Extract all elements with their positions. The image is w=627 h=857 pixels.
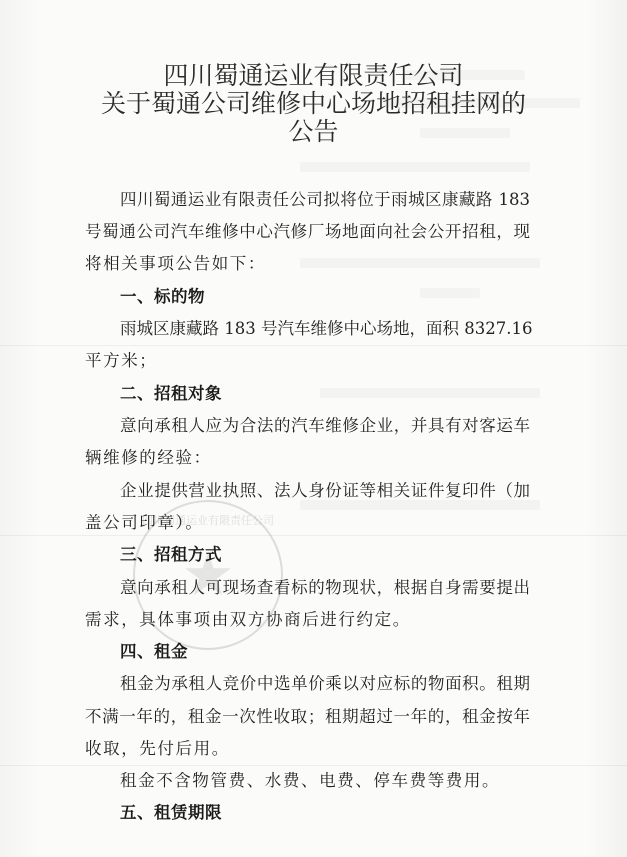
title-line-1: 四川蜀通运业有限责任公司 <box>0 62 627 90</box>
section-heading-1: 一、标的物 <box>120 286 205 308</box>
bleed-through-mark <box>320 388 540 398</box>
paragraph-line: 不满一年的，租金一次性收取；租期超过一年的，租金按年 <box>85 706 530 728</box>
section-heading-2: 二、招租对象 <box>120 383 222 405</box>
paragraph-line: 企业提供营业执照、法人身份证等相关证件复印件（加 <box>120 480 530 502</box>
paragraph-line: 租金为承租人竞价中选单价乘以对应标的物面积。租期 <box>120 673 530 695</box>
paragraph-line: 盖公司印章）。 <box>85 512 530 534</box>
section-heading-5: 五、租赁期限 <box>120 802 222 824</box>
paragraph-line: 意向承租人应为合法的汽车维修企业，并具有对客运车 <box>120 415 530 437</box>
intro-line: 四川蜀通运业有限责任公司拟将位于雨城区康藏路 183 <box>120 189 530 211</box>
paragraph-line: 收取，先付后用。 <box>85 738 530 760</box>
paragraph-line: 雨城区康藏路 183 号汽车维修中心场地，面积 8327.16 <box>120 318 530 340</box>
section-heading-3: 三、招租方式 <box>120 544 222 566</box>
paragraph-line: 意向承租人可现场查看标的物现状，根据自身需要提出 <box>120 577 530 599</box>
scan-line <box>0 765 627 766</box>
section-heading-4: 四、租金 <box>120 641 188 663</box>
paragraph-line: 辆维修的经验： <box>85 447 530 469</box>
paragraph-line: 平方米； <box>85 350 530 372</box>
intro-line: 将相关事项公告如下： <box>85 253 530 275</box>
title-line-2: 关于蜀通公司维修中心场地招租挂网的 <box>0 90 627 118</box>
intro-line: 号蜀通公司汽车维修中心汽修厂场地面向社会公开招租，现 <box>85 221 530 243</box>
paragraph-line: 需求，具体事项由双方协商后进行约定。 <box>85 609 530 631</box>
scanned-page: 四川蜀通运业有限责任公司 ★ 四川蜀通运业有限责任公司 关于蜀通公司维修中心场地… <box>0 0 627 857</box>
paragraph-line: 租金不含物管费、水费、电费、停车费等费用。 <box>120 770 530 792</box>
scan-line <box>0 535 627 536</box>
bleed-through-mark <box>300 162 530 172</box>
title-line-3: 公告 <box>0 118 627 146</box>
scan-line <box>0 345 627 346</box>
bleed-through-mark <box>420 288 480 298</box>
